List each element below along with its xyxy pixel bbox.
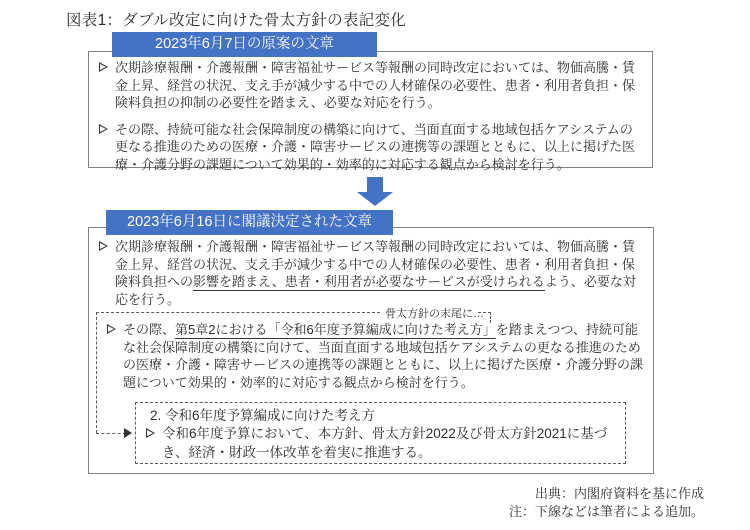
footer-notes: 出典：内閣府資料を基に作成 注：下線などは筆者による追加。 bbox=[509, 485, 704, 520]
down-arrow-stem bbox=[367, 177, 383, 192]
arrow-bullet-icon bbox=[99, 124, 109, 135]
budget-policy-text: 令和6年度予算において、本方針、骨太方針2022及び骨太方針2021に基づき、経… bbox=[162, 425, 617, 462]
decision-paragraph-1: 次期診療報酬・介護報酬・障害福祉サービス等報酬の同時改定においては、物価高騰・賃… bbox=[115, 238, 645, 308]
down-arrow-head bbox=[357, 192, 393, 206]
dashed-annotation-left-line bbox=[96, 312, 97, 433]
cabinet-decision-header: 2023年6月16日に閣議決定された文章 bbox=[106, 210, 393, 235]
draft-text-box: 次期診療報酬・介護報酬・障害福祉サービス等報酬の同時改定においては、物価高騰・賃… bbox=[88, 51, 653, 168]
annotation-label: 骨太方針の末尾に… bbox=[385, 305, 484, 321]
connector-arrowhead-icon bbox=[124, 428, 132, 438]
draft-paragraph-1: 次期診療報酬・介護報酬・障害福祉サービス等報酬の同時改定においては、物価高騰・賃… bbox=[115, 59, 642, 112]
figure-title: 図表1：ダブル改定に向けた骨太方針の表記変化 bbox=[66, 8, 406, 30]
arrow-bullet-icon bbox=[99, 241, 109, 252]
budget-policy-heading: 2. 令和6年度予算編成に向けた考え方 bbox=[150, 406, 617, 425]
source-note: 出典：内閣府資料を基に作成 bbox=[509, 485, 704, 503]
decision-bullet-2: その際、第5章2における「令和6年度予算編成に向けた考え方」を踏まえつつ、持続可… bbox=[107, 321, 647, 391]
arrow-bullet-icon bbox=[99, 62, 109, 73]
decision-bullet-1: 次期診療報酬・介護報酬・障害福祉サービス等報酬の同時改定においては、物価高騰・賃… bbox=[99, 238, 645, 308]
decision-paragraph-1-underline-1: 影響を踏まえ、 bbox=[193, 274, 285, 291]
decision-paragraph-2: その際、第5章2における「令和6年度予算編成に向けた考え方」を踏まえつつ、持続可… bbox=[123, 321, 647, 391]
draft-version-header: 2023年6月7日の原案の文章 bbox=[112, 32, 377, 57]
dashed-connector-line bbox=[96, 433, 126, 434]
figure-canvas: 図表1：ダブル改定に向けた骨太方針の表記変化 2023年6月7日の原案の文章 次… bbox=[0, 0, 750, 530]
arrow-bullet-icon bbox=[107, 324, 117, 335]
budget-policy-box: 2. 令和6年度予算編成に向けた考え方 令和6年度予算において、本方針、骨太方針… bbox=[135, 402, 626, 464]
draft-paragraph-2: その際、持続可能な社会保障制度の構築に向けて、当面直面する地域包括ケアシステムの… bbox=[115, 121, 642, 174]
arrow-bullet-icon bbox=[146, 428, 156, 439]
dashed-annotation-top-line bbox=[96, 312, 380, 313]
draft-bullet-1: 次期診療報酬・介護報酬・障害福祉サービス等報酬の同時改定においては、物価高騰・賃… bbox=[99, 59, 642, 112]
cabinet-decision-text-box: 次期診療報酬・介護報酬・障害福祉サービス等報酬の同時改定においては、物価高騰・賃… bbox=[88, 227, 654, 474]
draft-bullet-2: その際、持続可能な社会保障制度の構築に向けて、当面直面する地域包括ケアシステムの… bbox=[99, 121, 642, 174]
decision-paragraph-1-underline-2: 患者・利用者が必要なサービスが受けられる bbox=[285, 274, 545, 291]
author-note: 注：下線などは筆者による追加。 bbox=[509, 503, 704, 521]
budget-policy-bullet: 令和6年度予算において、本方針、骨太方針2022及び骨太方針2021に基づき、経… bbox=[146, 425, 617, 462]
decision-paragraph-2-underline: 第5章2における「令和6年度予算編成に向けた考え方」 bbox=[175, 322, 496, 339]
down-arrow-icon bbox=[357, 177, 393, 207]
decision-paragraph-2-plain: その際、 bbox=[123, 322, 175, 337]
